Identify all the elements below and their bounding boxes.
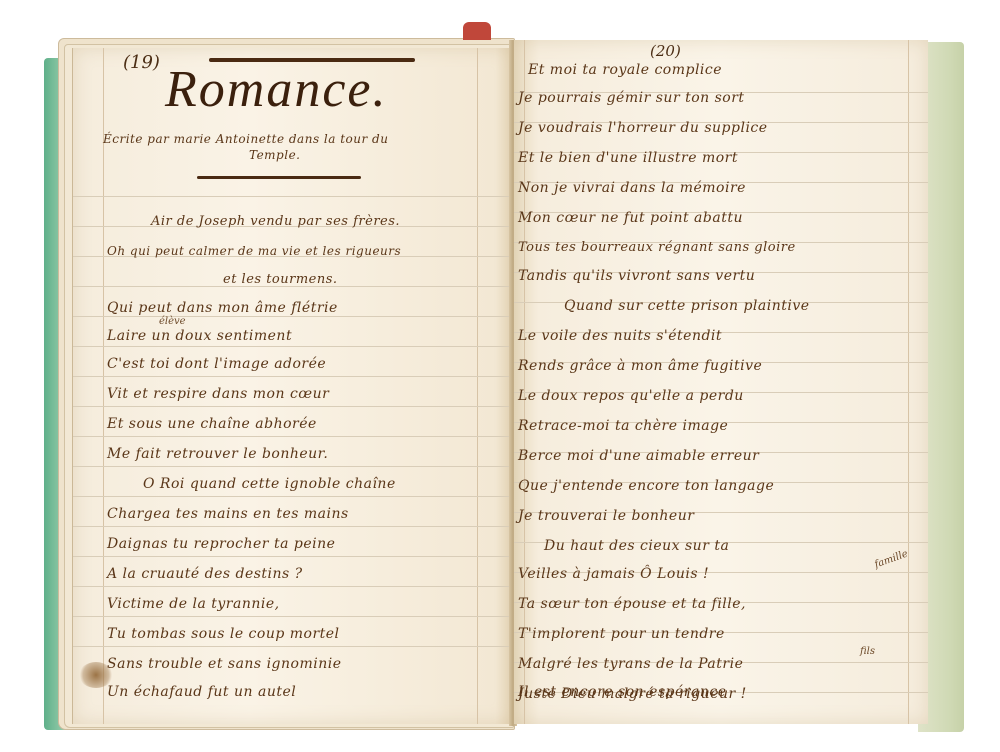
margin-line xyxy=(477,48,478,724)
verse-line: Non je vivrai dans la mémoire xyxy=(518,180,746,196)
verse-line: T'implorent pour un tendre xyxy=(518,626,725,642)
ruled-line xyxy=(73,376,513,377)
verse-line: Il est encore son espérance xyxy=(518,684,726,700)
verse-line: Du haut des cieux sur ta xyxy=(544,538,729,554)
ruled-line xyxy=(73,616,513,617)
verse-line: Que j'entende encore ton langage xyxy=(518,478,774,494)
margin-line xyxy=(524,40,525,724)
verse-line: Quand sur cette prison plaintive xyxy=(564,298,810,314)
verse-line: Et le bien d'une illustre mort xyxy=(518,150,738,166)
verse-line: Rends grâce à mon âme fugitive xyxy=(518,358,762,374)
verse-line: Chargea tes mains en tes mains xyxy=(107,506,349,522)
ruled-line xyxy=(73,346,513,347)
verse-line: Vit et respire dans mon cœur xyxy=(107,386,329,402)
page-number: (19) xyxy=(123,52,160,73)
ruled-line xyxy=(73,466,513,467)
verse-line: Victime de la tyrannie, xyxy=(107,596,280,612)
ribbon-bookmark[interactable] xyxy=(463,22,491,40)
decorative-underline xyxy=(197,176,361,179)
ruled-line xyxy=(73,196,513,197)
subtitle-line: Écrite par marie Antoinette dans la tour… xyxy=(103,132,388,146)
interlinear-note: élève xyxy=(159,316,186,327)
verse-line: Me fait retrouver le bonheur. xyxy=(107,446,328,462)
page-title: Romance. xyxy=(165,60,387,119)
verse-line: Tandis qu'ils vivront sans vertu xyxy=(518,268,755,284)
left-page: (19) Romance. Écrite par marie Antoinett… xyxy=(72,48,513,724)
margin-line xyxy=(103,48,104,724)
ruled-line xyxy=(73,406,513,407)
verse-line: Et moi ta royale complice xyxy=(528,62,722,78)
verse-line: Et sous une chaîne abhorée xyxy=(107,416,317,432)
ruled-line xyxy=(73,586,513,587)
verse-line: Daignas tu reprocher ta peine xyxy=(107,536,335,552)
verse-line: Tous tes bourreaux régnant sans gloire xyxy=(518,240,796,255)
verse-line: Laire un doux sentiment xyxy=(107,328,292,344)
open-notebook: (19) Romance. Écrite par marie Antoinett… xyxy=(0,0,1000,752)
right-page: (20) Et moi ta royale complice Je pourra… xyxy=(514,40,928,724)
interlinear-note: fils xyxy=(860,646,875,657)
verse-line: C'est toi dont l'image adorée xyxy=(107,356,326,372)
verse-line: Le voile des nuits s'étendit xyxy=(518,328,722,344)
ruled-line xyxy=(73,316,513,317)
subtitle-line: Temple. xyxy=(249,148,301,162)
verse-line: Qui peut dans mon âme flétrie xyxy=(107,300,338,316)
verse-line: Je pourrais gémir sur ton sort xyxy=(518,90,745,106)
verse-line: Je trouverai le bonheur xyxy=(518,508,694,524)
interlinear-note: famille xyxy=(873,548,909,570)
page-number: (20) xyxy=(650,42,681,60)
verse-line: Sans trouble et sans ignominie xyxy=(107,656,342,672)
ruled-line xyxy=(73,496,513,497)
verse-line: Retrace-moi ta chère image xyxy=(518,418,728,434)
verse-line: O Roi quand cette ignoble chaîne xyxy=(143,476,396,492)
ruled-line xyxy=(73,526,513,527)
verse-line: Je voudrais l'horreur du supplice xyxy=(518,120,768,136)
ruled-line xyxy=(73,436,513,437)
ruled-line xyxy=(73,646,513,647)
verse-line: Tu tombas sous le coup mortel xyxy=(107,626,340,642)
verse-line: Malgré les tyrans de la Patrie xyxy=(518,656,743,672)
verse-line: Ta sœur ton épouse et ta fille, xyxy=(518,596,746,612)
verse-line: et les tourmens. xyxy=(223,272,338,287)
tune-line: Air de Joseph vendu par ses frères. xyxy=(151,214,400,229)
verse-line: Un échafaud fut un autel xyxy=(107,684,296,700)
verse-line: Le doux repos qu'elle a perdu xyxy=(518,388,744,404)
verse-line: A la cruauté des destins ? xyxy=(107,566,303,582)
verse-line: Berce moi d'une aimable erreur xyxy=(518,448,759,464)
ruled-line xyxy=(73,556,513,557)
verse-line: Veilles à jamais Ô Louis ! xyxy=(518,566,709,582)
ink-stain xyxy=(79,662,113,688)
verse-line: Mon cœur ne fut point abattu xyxy=(518,210,743,226)
margin-line xyxy=(908,40,909,724)
verse-line: Oh qui peut calmer de ma vie et les rigu… xyxy=(107,244,401,258)
